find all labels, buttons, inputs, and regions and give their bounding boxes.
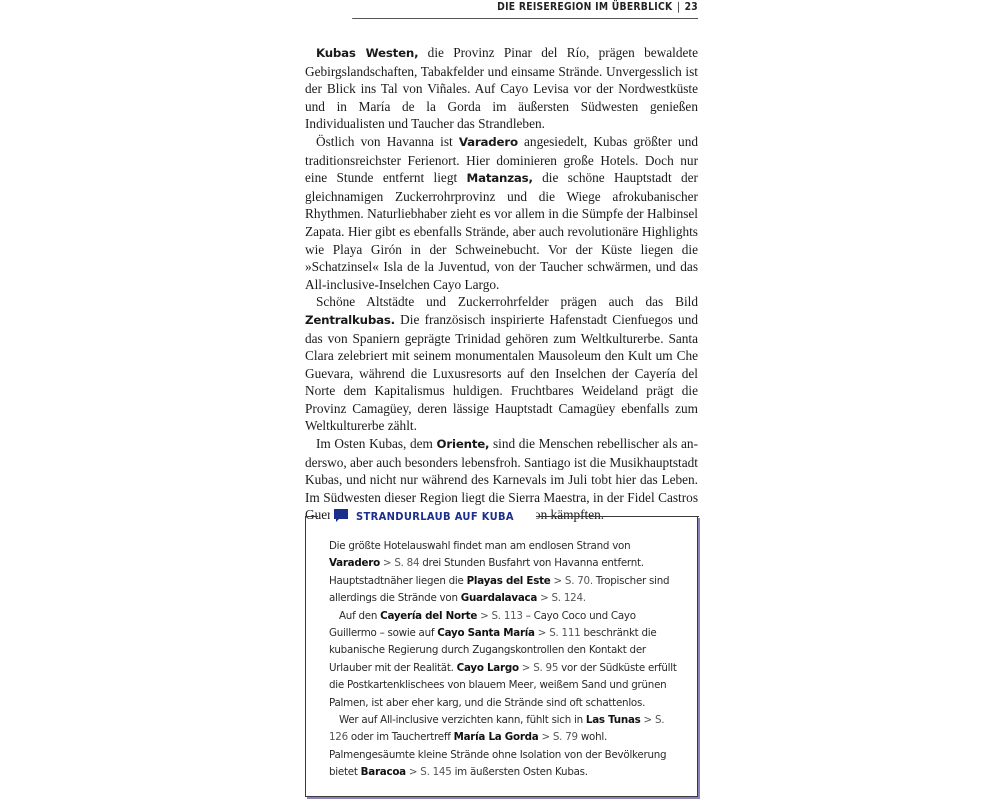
info-text: Auf den: [339, 610, 380, 622]
place-name: Las Tunas: [586, 714, 641, 726]
page-reference: > S. 70.: [551, 575, 593, 587]
info-text: im äußersten Osten Kubas.: [452, 766, 588, 778]
page-reference: > S. 124.: [537, 592, 586, 604]
page-reference: > S. 145: [406, 766, 452, 778]
running-head: DIE REISEREGION IM ÜBERBLICK|23: [352, 0, 698, 19]
info-paragraph: Auf den Cayería del Norte > S. 113 – Cay…: [329, 608, 684, 712]
info-text: oder im Tauchertreff: [348, 731, 454, 743]
page-reference: > S. 111: [535, 627, 581, 639]
info-paragraph: Wer auf All-inclusive verzichten kann, f…: [329, 712, 684, 782]
info-box: STRANDURLAUB AUF KUBA Die größte Hotelau…: [305, 516, 698, 797]
place-name: Guar­dalavaca: [461, 592, 537, 604]
place-name: Cayo Santa María: [437, 627, 534, 639]
place-name: María La Gorda: [454, 731, 539, 743]
page-reference: > S. 113: [477, 610, 523, 622]
paragraph-text: die schöne Hauptstadt der gleichnamigen …: [305, 170, 698, 292]
keyword: Matanzas,: [467, 171, 533, 185]
paragraph-text: Östlich von Havanna ist: [316, 134, 459, 149]
paragraph-text: Schöne Altstädte und Zuckerrohrfelder pr…: [316, 294, 698, 309]
place-name: Baracoa: [361, 766, 406, 778]
place-name: Playas del Este: [467, 575, 551, 587]
keyword: Varadero: [459, 135, 518, 149]
keyword: Kubas Westen,: [316, 46, 418, 60]
info-box-text: Die größte Hotelauswahl findet man am en…: [329, 538, 684, 782]
paragraph-text: Die französisch inspirierte Hafenstadt C…: [305, 312, 698, 434]
running-head-separator: |: [677, 1, 680, 13]
running-head-title: DIE REISEREGION IM ÜBERBLICK: [497, 1, 672, 13]
info-text: Die größte Hotelauswahl findet man am en…: [329, 540, 630, 552]
page-reference: > S. 95: [519, 662, 558, 674]
speech-bubble-icon: [334, 509, 348, 523]
page-reference: > S. 84: [380, 557, 419, 569]
info-paragraph: Die größte Hotelauswahl findet man am en…: [329, 538, 684, 608]
keyword: Oriente,: [437, 437, 490, 451]
place-name: Cayería del Norte: [380, 610, 477, 622]
paragraph-west: Kubas Westen, die Provinz Pinar del Río,…: [305, 44, 698, 133]
info-box-title: STRANDURLAUB AUF KUBA: [356, 510, 514, 523]
keyword: Zentralku­bas.: [305, 313, 395, 327]
info-box-header: STRANDURLAUB AUF KUBA: [330, 507, 536, 525]
place-name: Varadero: [329, 557, 380, 569]
place-name: Cayo Largo: [457, 662, 519, 674]
page-number: 23: [685, 1, 698, 13]
main-body-text: Kubas Westen, die Provinz Pinar del Río,…: [305, 44, 698, 524]
box-border-top-left: [305, 516, 318, 517]
paragraph-text: Im Osten Kubas, dem: [316, 436, 437, 451]
page-reference: > S. 79: [538, 731, 577, 743]
info-text: Wer auf All-inclusive verzichten kann, f…: [339, 714, 586, 726]
paragraph-central: Schöne Altstädte und Zuckerrohrfelder pr…: [305, 293, 698, 435]
paragraph-varadero: Östlich von Havanna ist Varadero angesie…: [305, 133, 698, 293]
